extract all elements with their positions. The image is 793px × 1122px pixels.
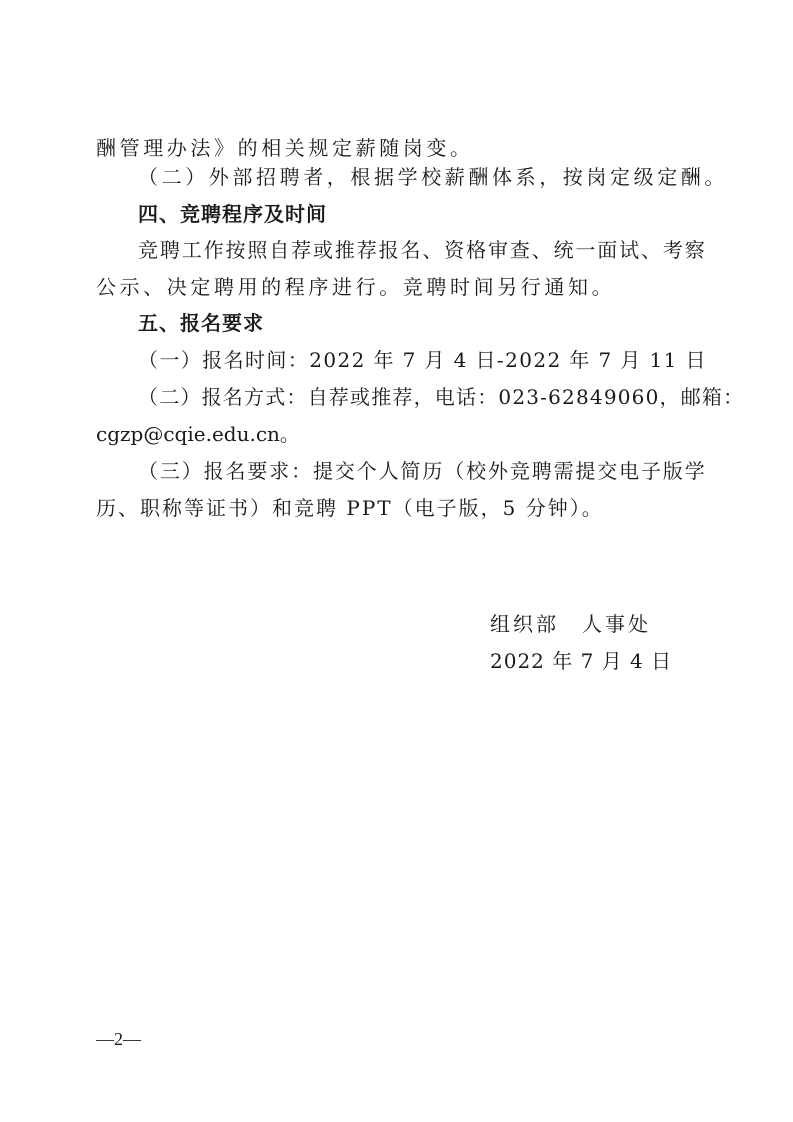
paragraph-registration-requirements-line2: 历、职称等证书）和竞聘 PPT（电子版，5 分钟）。 <box>96 496 706 520</box>
signature-departments: 组织部 人事处 <box>490 612 651 636</box>
paragraph-registration-method: （二）报名方式：自荐或推荐，电话：023-62849060，邮箱： <box>138 385 706 409</box>
page-number: —2— <box>96 1028 141 1050</box>
document-page: 酬管理办法》的相关规定薪随岗变。 （二）外部招聘者，根据学校薪酬体系，按岗定级定… <box>0 0 793 1122</box>
paragraph-procedure-line1: 竞聘工作按照自荐或推荐报名、资格审查、统一面试、考察 <box>138 238 706 262</box>
registration-email: cgzp@cqie.edu.cn。 <box>96 422 706 446</box>
paragraph-salary-rule-end: 酬管理办法》的相关规定薪随岗变。 <box>96 136 706 160</box>
paragraph-registration-requirements-line1: （三）报名要求：提交个人简历（校外竞聘需提交电子版学 <box>138 459 706 483</box>
section-heading-procedure: 四、竞聘程序及时间 <box>138 202 748 226</box>
paragraph-registration-time: （一）报名时间：2022 年 7 月 4 日-2022 年 7 月 11 日 <box>138 348 748 372</box>
section-heading-registration: 五、报名要求 <box>138 311 748 335</box>
signature-date: 2022 年 7 月 4 日 <box>490 649 672 673</box>
paragraph-procedure-line2: 公示、决定聘用的程序进行。竞聘时间另行通知。 <box>96 275 706 299</box>
paragraph-external-hire-salary: （二）外部招聘者，根据学校薪酬体系，按岗定级定酬。 <box>138 165 748 189</box>
